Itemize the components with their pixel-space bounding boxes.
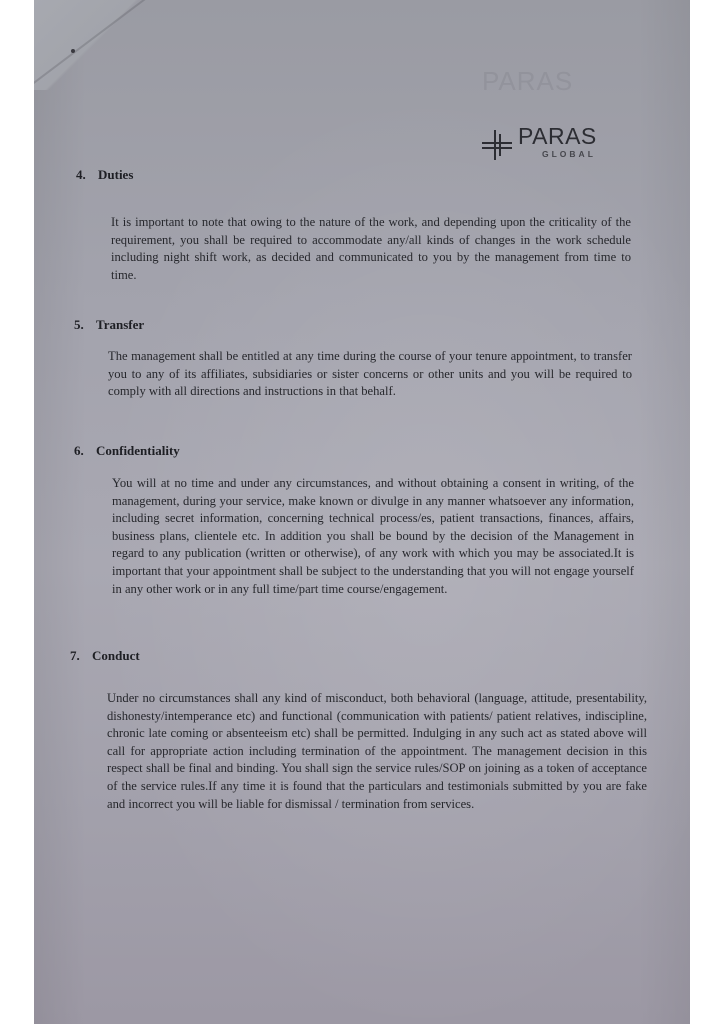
fold-crease [34, 0, 149, 88]
section-body-confidentiality: You will at no time and under any circum… [112, 475, 634, 598]
paper-speck [71, 49, 75, 53]
section-heading-conduct: 7.Conduct [70, 648, 140, 664]
section-body-transfer: The management shall be entitled at any … [108, 348, 632, 401]
logo-name: PARAS [518, 124, 597, 148]
watermark-logo: PARAS [482, 66, 573, 97]
section-heading-confidentiality: 6.Confidentiality [74, 443, 180, 459]
logo-subtitle: GLOBAL [542, 148, 597, 160]
logo-cross-icon [482, 130, 514, 162]
document-page: PARAS PARAS GLOBAL 4.Duties It is import… [34, 0, 690, 1024]
page-fold [34, 0, 154, 90]
section-body-duties: It is important to note that owing to th… [111, 214, 631, 284]
section-heading-transfer: 5.Transfer [74, 317, 144, 333]
paras-global-logo: PARAS GLOBAL [482, 124, 597, 162]
section-heading-duties: 4.Duties [76, 167, 133, 183]
section-body-conduct: Under no circumstances shall any kind of… [107, 690, 647, 813]
